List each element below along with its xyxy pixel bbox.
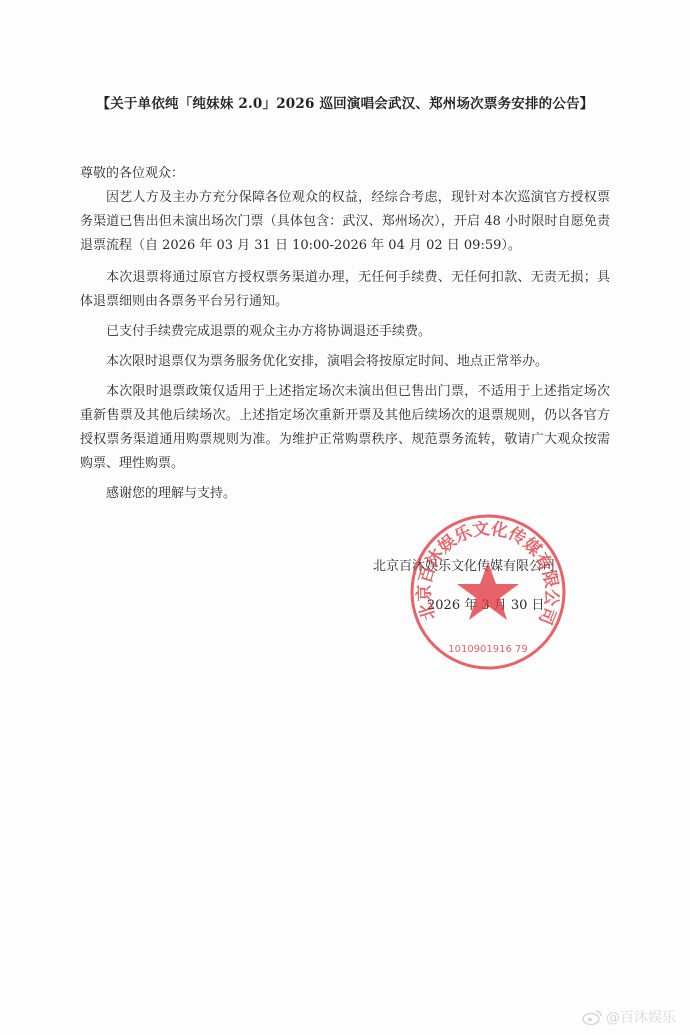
paragraph-fee-return: 已支付手续费完成退票的观众主办方将协调退还手续费。 bbox=[80, 320, 610, 344]
paragraph-thanks: 感谢您的理解与支持。 bbox=[80, 482, 610, 506]
salutation: 尊敬的各位观众： bbox=[80, 162, 184, 181]
paragraph-policy-scope: 本次限时退票政策仅适用于上述指定场次未演出但已售出门票，不适用于上述指定场次重新… bbox=[80, 380, 610, 476]
announcement-title: 【关于单依纯「纯妹妹 2.0」2026 巡回演唱会武汉、郑州场次票务安排的公告】 bbox=[0, 92, 690, 112]
svg-text:1010901916 79: 1010901916 79 bbox=[448, 644, 528, 655]
paragraph-refund-window: 因艺人方及主办方充分保障各位观众的权益，经综合考虑，现针对本次巡演官方授权票务渠… bbox=[80, 186, 610, 258]
company-seal-icon: 北京百沐娱乐文化传媒有限公司 1010901916 79 bbox=[408, 512, 568, 672]
signature-date: 2026 年 3 月 30 日 bbox=[427, 594, 545, 613]
signature-company: 北京百沐娱乐文化传媒有限公司 bbox=[373, 555, 555, 574]
weibo-watermark: @百沐娱乐 bbox=[582, 1007, 676, 1027]
watermark-text: @百沐娱乐 bbox=[606, 1007, 676, 1027]
paragraph-refund-channel: 本次退票将通过原官方授权票务渠道办理，无任何手续费、无任何扣款、无责无损；具体退… bbox=[80, 266, 610, 314]
weibo-icon bbox=[582, 1009, 602, 1025]
paragraph-concert-schedule: 本次限时退票仅为票务服务优化安排，演唱会将按原定时间、地点正常举办。 bbox=[80, 350, 610, 374]
